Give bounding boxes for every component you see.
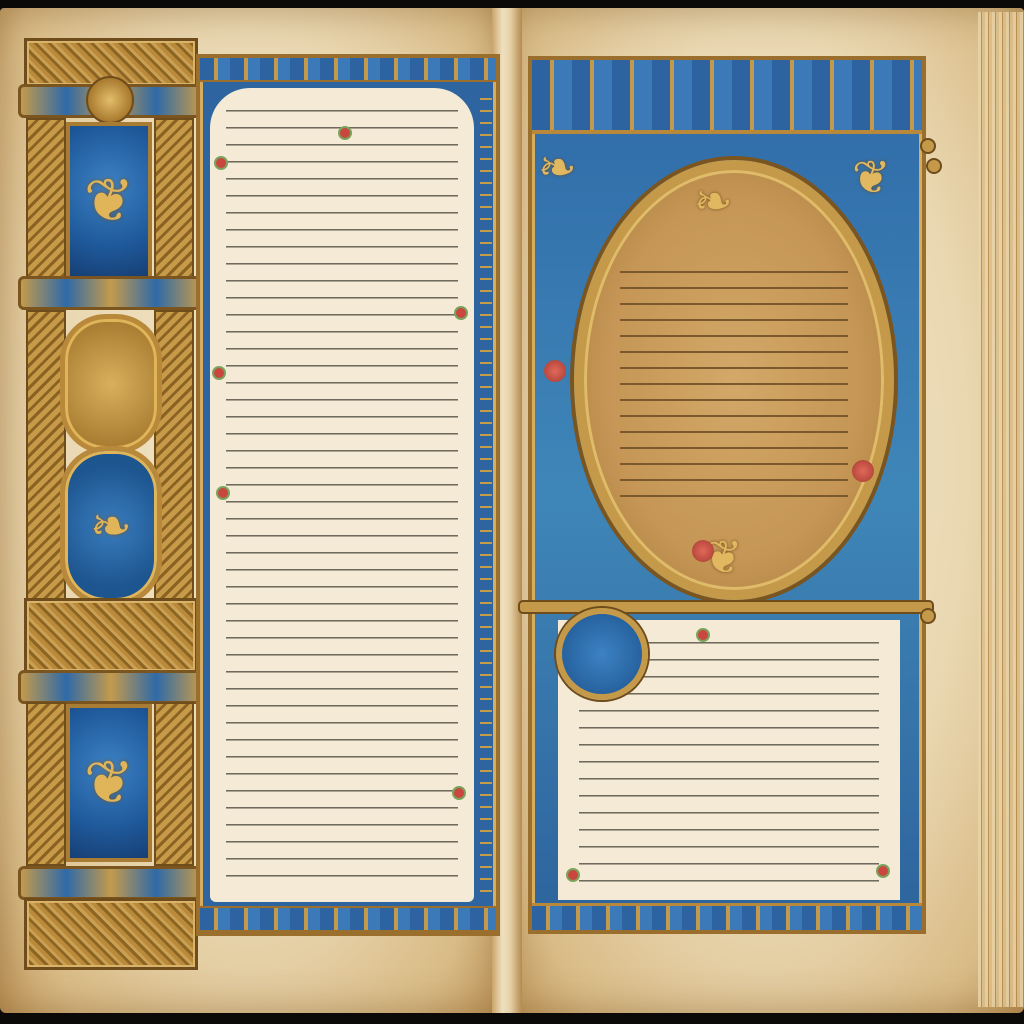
left-text-frame (196, 54, 500, 936)
floret-icon (456, 308, 466, 318)
rose-ornament (544, 360, 566, 382)
lapis-cartouche: ❧ (60, 446, 162, 606)
gold-filigree-side (26, 118, 66, 280)
floret-icon (698, 630, 708, 640)
scroll-flourish-icon: ❧ (694, 174, 733, 228)
ornamental-band (532, 903, 922, 930)
rose-ornament (692, 540, 714, 562)
scroll-flourish-icon: ❦ (852, 150, 891, 204)
gilded-cartouche (60, 314, 162, 454)
pillar-band (18, 670, 204, 704)
illuminated-initial (556, 608, 648, 700)
rose-ornament (852, 460, 874, 482)
pseudo-script-lines (620, 262, 848, 497)
pillar-band (18, 866, 204, 900)
gold-filigree-side (154, 702, 194, 866)
ornamental-band (200, 58, 496, 82)
gold-knob (926, 158, 942, 174)
floret-icon (454, 788, 464, 798)
gold-knob (920, 608, 936, 624)
scroll-motif-icon: ❧ (90, 497, 132, 555)
gilded-pillar: ❦ ❧ ❦ (18, 38, 198, 968)
ornamental-band (200, 906, 496, 932)
ornamental-rail (480, 88, 492, 902)
floret-icon (878, 866, 888, 876)
medallion-ornament (86, 76, 134, 124)
floret-icon (218, 488, 228, 498)
fleur-motif-icon: ❦ (84, 166, 134, 236)
pillar-base (24, 898, 198, 970)
oval-cartouche: ❧ ❦ (574, 160, 894, 600)
floret-icon (568, 870, 578, 880)
pillar-band (18, 276, 204, 310)
pillar-ornament-block (24, 598, 198, 674)
scroll-flourish-icon: ❧ (538, 140, 577, 194)
ornamental-header-band (532, 60, 922, 134)
gold-filigree-side (154, 118, 194, 280)
open-manuscript: ❦ ❧ ❦ (0, 8, 1024, 1013)
gold-knob (920, 138, 936, 154)
gold-filigree-side (26, 702, 66, 866)
floret-icon (340, 128, 350, 138)
lapis-floral-panel: ❦ (66, 122, 152, 280)
page-edges (978, 12, 1024, 1007)
fleur-motif-icon: ❦ (84, 748, 134, 818)
right-illuminated-frame: ❧ ❦ ❧ ❦ (528, 56, 926, 934)
left-text-block (210, 88, 474, 902)
floret-icon (216, 158, 226, 168)
floret-icon (214, 368, 224, 378)
lapis-floral-panel: ❦ (66, 704, 152, 862)
pseudo-script-lines (226, 100, 458, 890)
